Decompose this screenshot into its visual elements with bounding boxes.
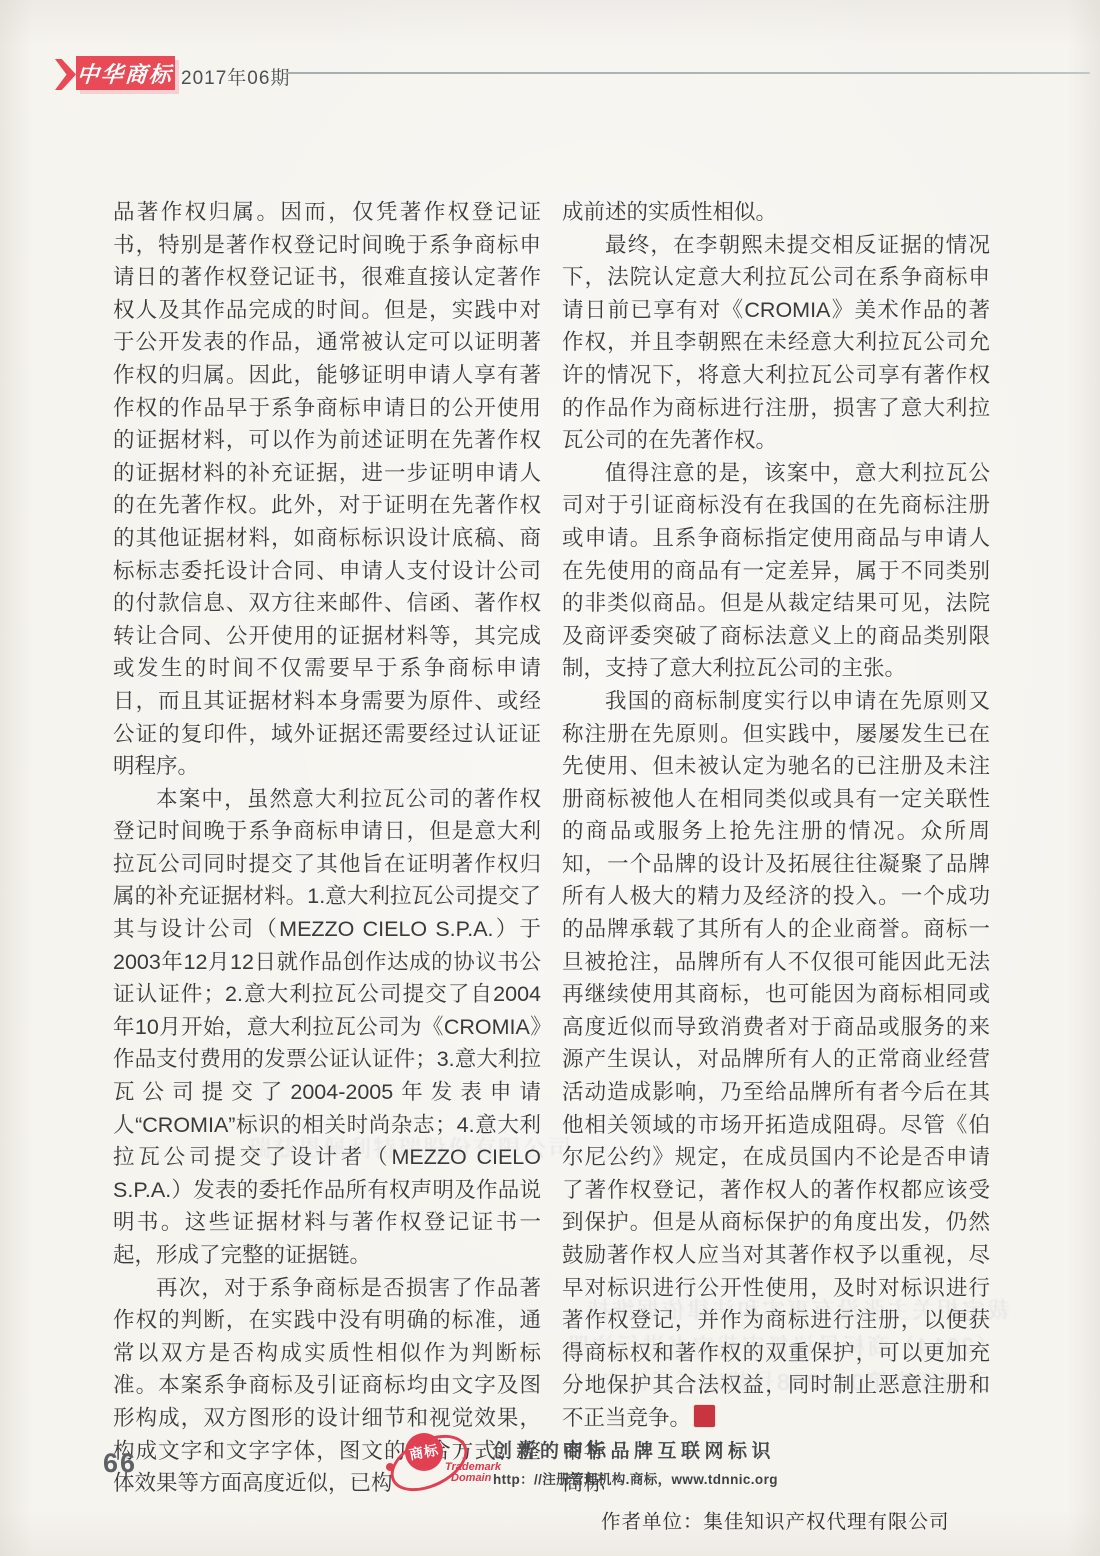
- page-number: 66: [103, 1448, 137, 1479]
- paragraph: 值得注意的是，该案中，意大利拉瓦公司对于引证商标没有在我国的在先商标注册或申请。…: [562, 457, 990, 685]
- author-affiliation: 作者单位：集佳知识产权代理有限公司: [562, 1506, 990, 1539]
- masthead-title: 中华商标: [76, 58, 174, 89]
- end-of-article-seal-icon: [694, 1405, 715, 1427]
- trademark-domain-logo: 商标 Trademark Domain: [388, 1431, 496, 1493]
- article-column-left: 品著作权归属。因而，仅凭著作权登记证书，特别是著作权登记时间晚于系争商标申请日的…: [113, 196, 541, 1500]
- paragraph: 品著作权归属。因而，仅凭著作权登记证书，特别是著作权登记时间晚于系争商标申请日的…: [113, 196, 541, 783]
- paragraph-text: 我国的商标制度实行以申请在先原则又称注册在先原则。但实践中，屡屡发生已在先使用、…: [562, 689, 990, 1430]
- masthead-ribbon-tail-icon: [55, 59, 76, 90]
- logo-globe-icon: 商标: [405, 1433, 443, 1471]
- article-column-right: 成前述的实质性相似。 最终，在李朝熙未提交相反证据的情况下，法院认定意大利拉瓦公…: [562, 196, 990, 1538]
- paragraph: 成前述的实质性相似。: [562, 196, 990, 229]
- magazine-page: 中华商标 2017年06期 瑞兹恩佩利特瑞股份有限公司 裁定相关主张没有事实和法…: [0, 0, 1100, 1556]
- paragraph: 我国的商标制度实行以申请在先原则又称注册在先原则。但实践中，屡屡发生已在先使用、…: [562, 685, 990, 1435]
- logo-dot-icon: [386, 1463, 394, 1471]
- footer-text-block: 创新的商标品牌互联网标识 http：//注册管理机构.商标，www.tdnnic…: [493, 1436, 778, 1488]
- masthead-banner: 中华商标: [76, 56, 175, 90]
- header-divider: [286, 72, 1090, 74]
- issue-label: 2017年06期: [181, 63, 290, 90]
- paragraph: 本案中，虽然意大利拉瓦公司的著作权登记时间晚于系争商标申请日，但是意大利拉瓦公司…: [113, 783, 541, 1272]
- footer-url: http：//注册管理机构.商标，www.tdnnic.org: [493, 1468, 778, 1488]
- paragraph: 最终，在李朝熙未提交相反证据的情况下，法院认定意大利拉瓦公司在系争商标申请日前已…: [562, 229, 990, 457]
- footer-slogan: 创新的商标品牌互联网标识: [493, 1436, 778, 1463]
